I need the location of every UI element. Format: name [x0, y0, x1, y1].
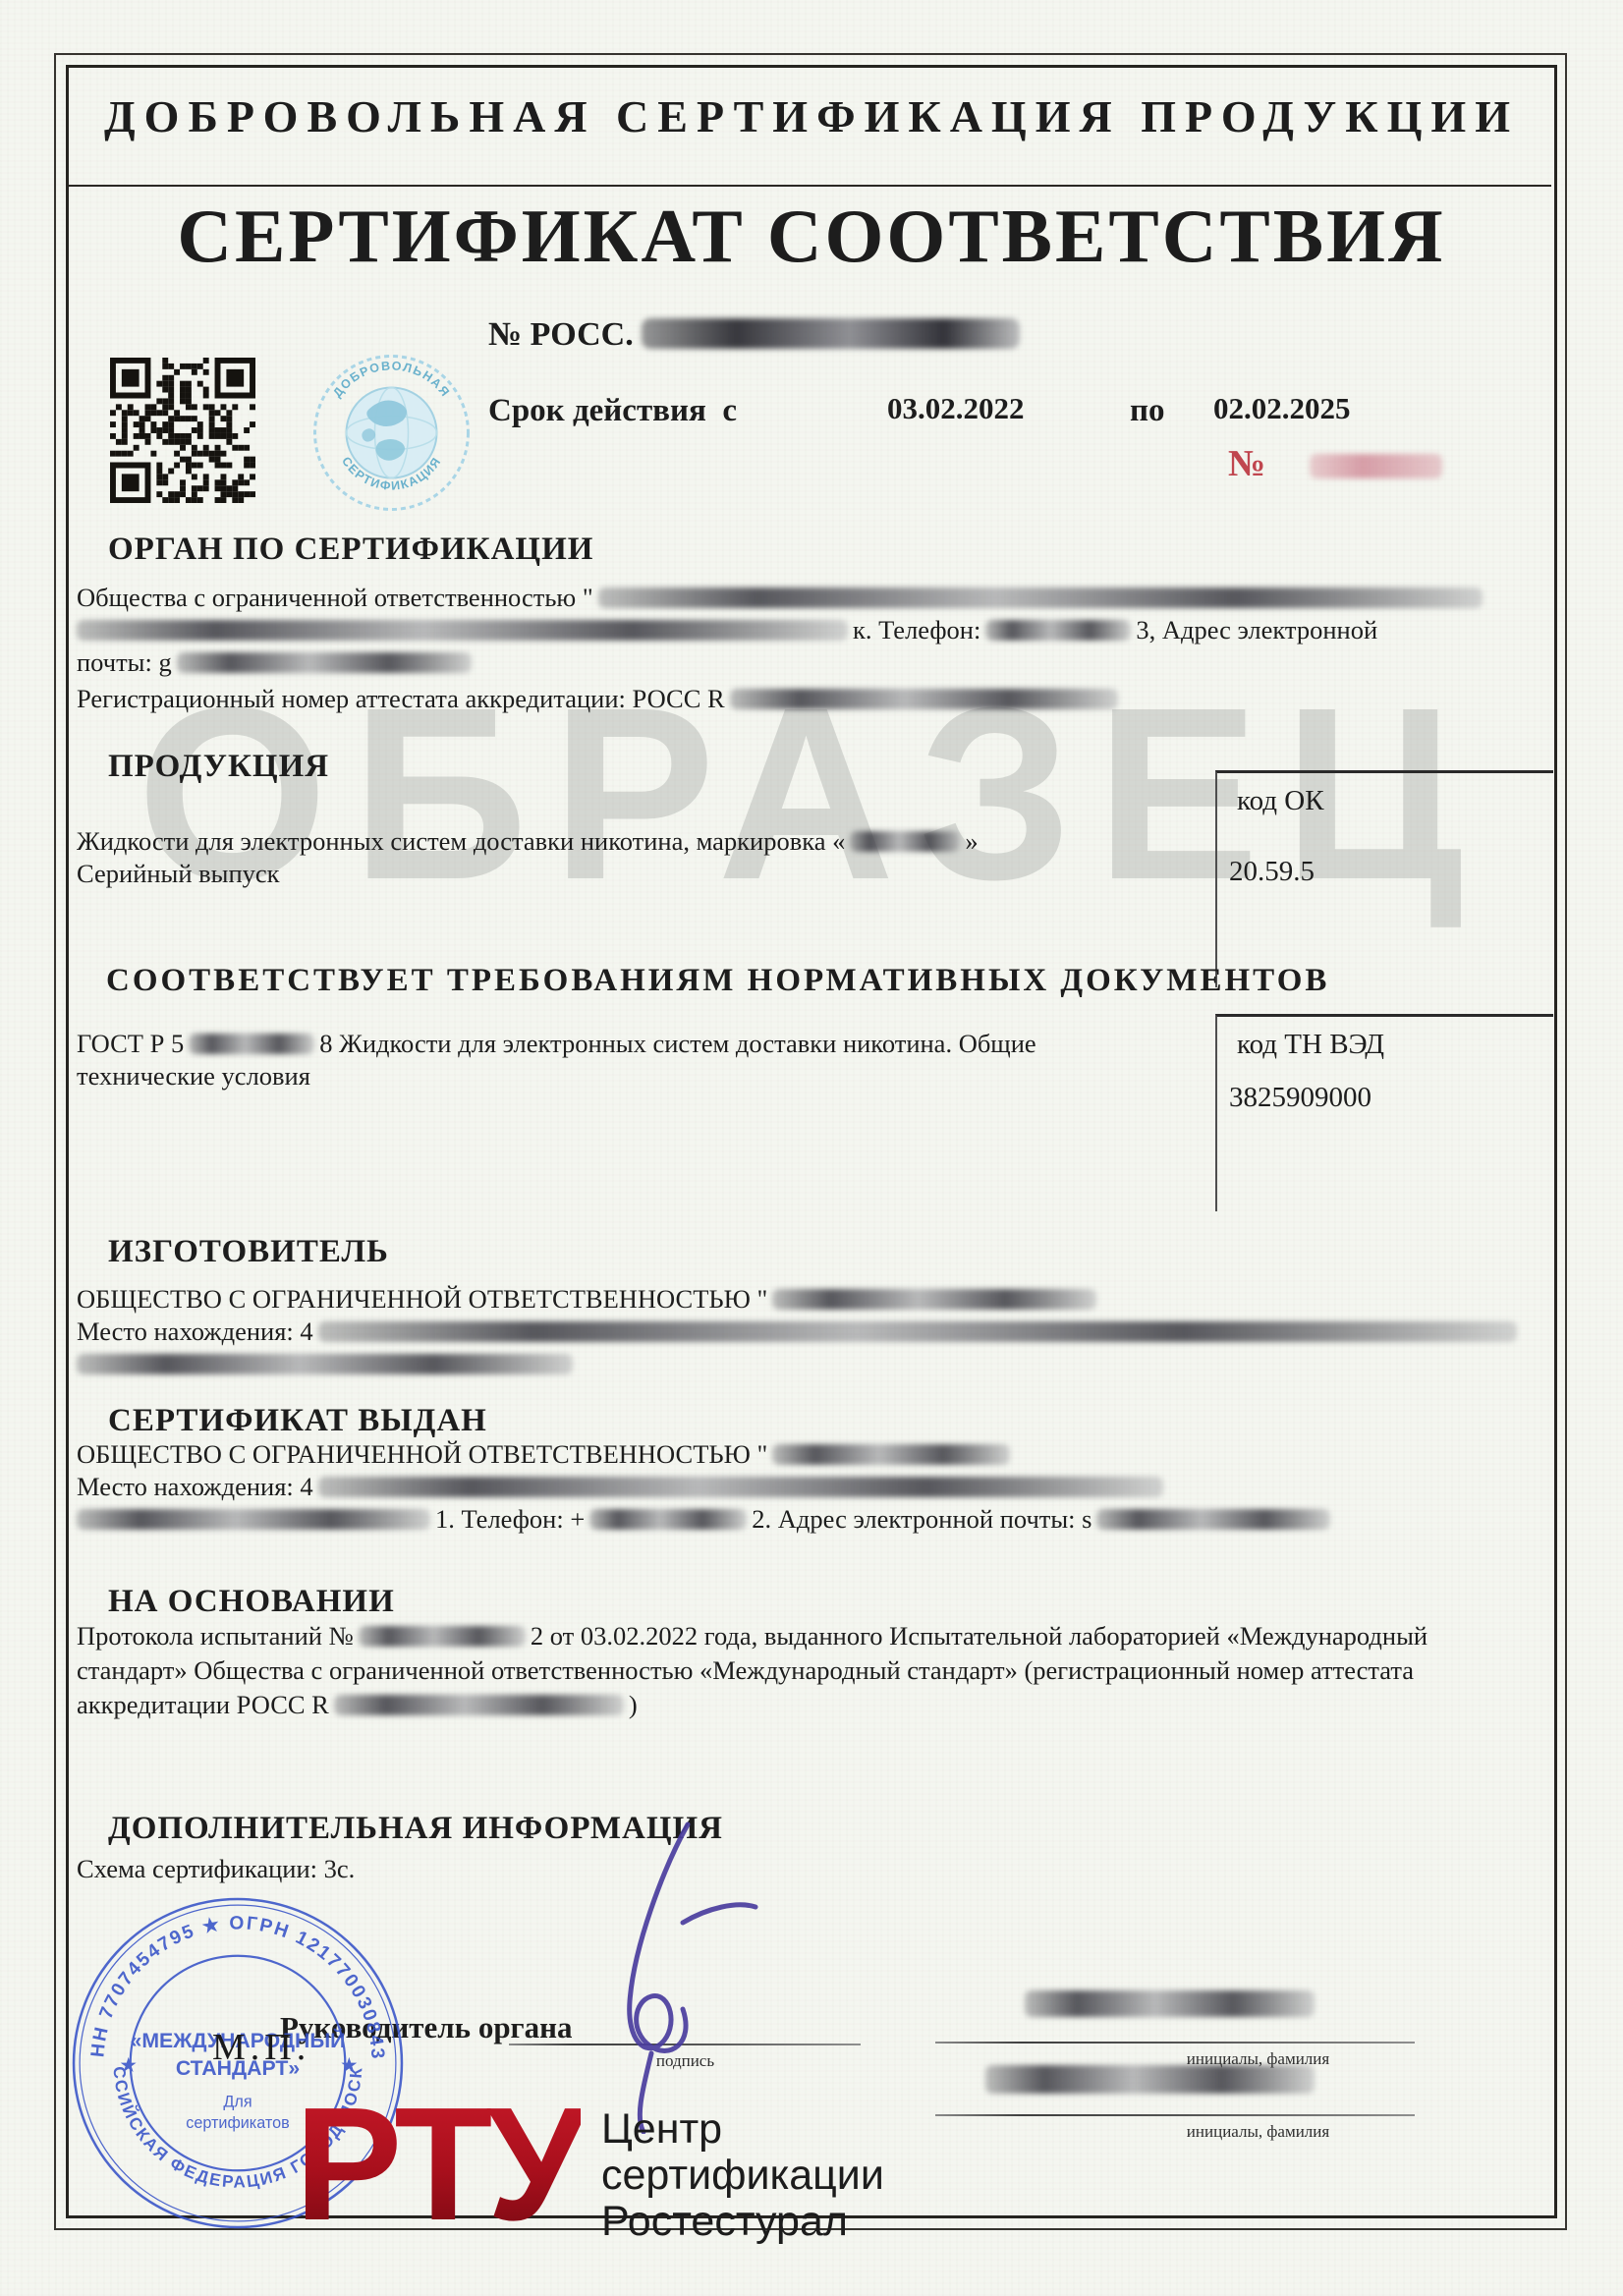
issued-line1-text: ОБЩЕСТВО С ОГРАНИЧЕННОЙ ОТВЕТСТВЕННОСТЬЮ… [77, 1439, 767, 1469]
redaction [985, 620, 1131, 641]
organ-line2-email-label: 3, Адрес электронной [1136, 615, 1377, 644]
product-block: Жидкости для электронных систем доставки… [77, 825, 1202, 890]
certification-body-title: ОРГАН ПО СЕРТИФИКАЦИИ [108, 532, 593, 568]
tnved-code-value: 3825909000 [1229, 1082, 1371, 1114]
redaction [318, 1321, 1517, 1342]
wordmark-line-2: сертификации [601, 2153, 884, 2199]
manufacturer-block: ОБЩЕСТВО С ОГРАНИЧЕННОЙ ОТВЕТСТВЕННОСТЬЮ… [77, 1283, 1550, 1380]
rtu-logo: РТУ [295, 2091, 581, 2238]
certificate-title: СЕРТИФИКАТ СООТВЕТСТВИЯ [0, 193, 1623, 280]
initials-caption-1: инициалы, фамилия [1108, 2049, 1408, 2069]
manufacturer-address-label: Место нахождения: 4 [77, 1316, 313, 1346]
certificate-number-prefix: № РОСС. [488, 316, 634, 354]
organ-line4-text: Регистрационный номер аттестата аккредит… [77, 684, 725, 713]
organ-line3-text: почты: g [77, 647, 172, 677]
issued-to-title: СЕРТИФИКАТ ВЫДАН [108, 1403, 487, 1439]
redaction [850, 831, 960, 852]
svg-text:★: ★ [341, 2055, 358, 2075]
redaction [589, 1509, 747, 1530]
stamp-purpose-line2: сертификатов [186, 2114, 289, 2132]
basis-line2-text: стандарт» Общества с ограниченной ответс… [77, 1655, 1414, 1685]
organ-line1-text: Общества с ограниченной ответственностью… [77, 583, 593, 612]
redaction [318, 1477, 1163, 1497]
certification-body-block: Общества с ограниченной ответственностью… [77, 582, 1550, 715]
blank-form-number-label: № [1228, 442, 1265, 485]
additional-info-block: Схема сертификации: 3с. [77, 1853, 355, 1885]
gost-prefix: ГОСТ Р 5 [77, 1029, 184, 1058]
gost-line2-text: технические условия [77, 1061, 310, 1091]
qr-code [110, 358, 255, 503]
valid-to-date: 02.02.2025 [1213, 391, 1351, 426]
product-line2-text: Серийный выпуск [77, 859, 280, 888]
basis-block: Протокола испытаний №2 от 03.02.2022 год… [77, 1619, 1560, 1722]
valid-from-date: 03.02.2022 [887, 391, 1025, 426]
globe-seal-logo: ДОБРОВОЛЬНАЯ СЕРТИФИКАЦИЯ [310, 352, 473, 514]
conformity-block: ГОСТ Р 58 Жидкости для электронных систе… [77, 1028, 1202, 1092]
svg-text:★: ★ [121, 2055, 138, 2075]
certification-center-wordmark: Центр сертификации Ростестурал [601, 2106, 884, 2245]
redaction [730, 689, 1118, 709]
wordmark-line-1: Центр [601, 2106, 884, 2153]
redaction [598, 588, 1483, 608]
tnved-code-label: код ТН ВЭД [1237, 1029, 1553, 1061]
ok-code-label: код ОК [1237, 785, 1553, 817]
certificate-page: ОБРАЗЕЦ ДОБРОВОЛЬНАЯ СЕРТИФИКАЦИЯ ПРОДУК… [0, 0, 1623, 2296]
redaction [177, 652, 472, 673]
validity-label: Срок действия с [488, 393, 737, 429]
issued-address-label: Место нахождения: 4 [77, 1472, 313, 1501]
name-line-2 [935, 2114, 1415, 2116]
basis-title: НА ОСНОВАНИИ [108, 1584, 395, 1620]
redaction [772, 1444, 1010, 1465]
redaction [77, 1354, 573, 1374]
conformity-title: СООТВЕТСТВУЕТ ТРЕБОВАНИЯМ НОРМАТИВНЫХ ДО… [106, 963, 1329, 999]
redaction [359, 1626, 526, 1647]
basis-line3-text: аккредитации РОСС R [77, 1690, 329, 1719]
tnved-code-box: код ТН ВЭД 3825909000 [1215, 1014, 1553, 1211]
stamp-purpose-line1: Для [223, 2094, 252, 2111]
redaction [189, 1034, 314, 1054]
product-line1-suffix: » [965, 826, 978, 856]
issued-email-label: 2. Адрес электронной почты: s [752, 1504, 1091, 1534]
redaction [77, 620, 848, 641]
initials-caption-2: инициалы, фамилия [1108, 2122, 1408, 2142]
valid-to-label: по [1130, 393, 1165, 429]
redaction [334, 1695, 624, 1715]
wordmark-line-3: Ростестурал [601, 2199, 884, 2245]
product-title: ПРОДУКЦИЯ [108, 749, 329, 785]
organ-line2-phone-label: к. Телефон: [853, 615, 980, 644]
ok-code-value: 20.59.5 [1229, 856, 1315, 888]
redaction [772, 1289, 1096, 1310]
manufacturer-line1-text: ОБЩЕСТВО С ОГРАНИЧЕННОЙ ОТВЕТСТВЕННОСТЬЮ… [77, 1284, 767, 1314]
name-line-1 [935, 2042, 1415, 2044]
gost-text: 8 Жидкости для электронных систем достав… [319, 1029, 1035, 1058]
basis-line1-text: 2 от 03.02.2022 года, выданного Испытате… [531, 1621, 1427, 1651]
basis-protocol-label: Протокола испытаний № [77, 1621, 354, 1651]
header-separator-line [69, 185, 1551, 187]
redaction [1096, 1509, 1330, 1530]
redaction [77, 1509, 430, 1530]
issued-to-block: ОБЩЕСТВО С ОГРАНИЧЕННОЙ ОТВЕТСТВЕННОСТЬЮ… [77, 1438, 1550, 1536]
basis-line3-suffix: ) [629, 1690, 638, 1719]
ok-code-box: код ОК 20.59.5 [1215, 770, 1553, 987]
certification-scheme-text: Схема сертификации: 3с. [77, 1854, 355, 1883]
manufacturer-title: ИЗГОТОВИТЕЛЬ [108, 1234, 389, 1270]
issued-phone-label: 1. Телефон: + [435, 1504, 585, 1534]
product-line1-text: Жидкости для электронных систем доставки… [77, 826, 845, 856]
voluntary-certification-banner: ДОБРОВОЛЬНАЯ СЕРТИФИКАЦИЯ ПРОДУКЦИИ [0, 90, 1623, 142]
stamp-place-mark: М.П. [212, 2026, 310, 2069]
